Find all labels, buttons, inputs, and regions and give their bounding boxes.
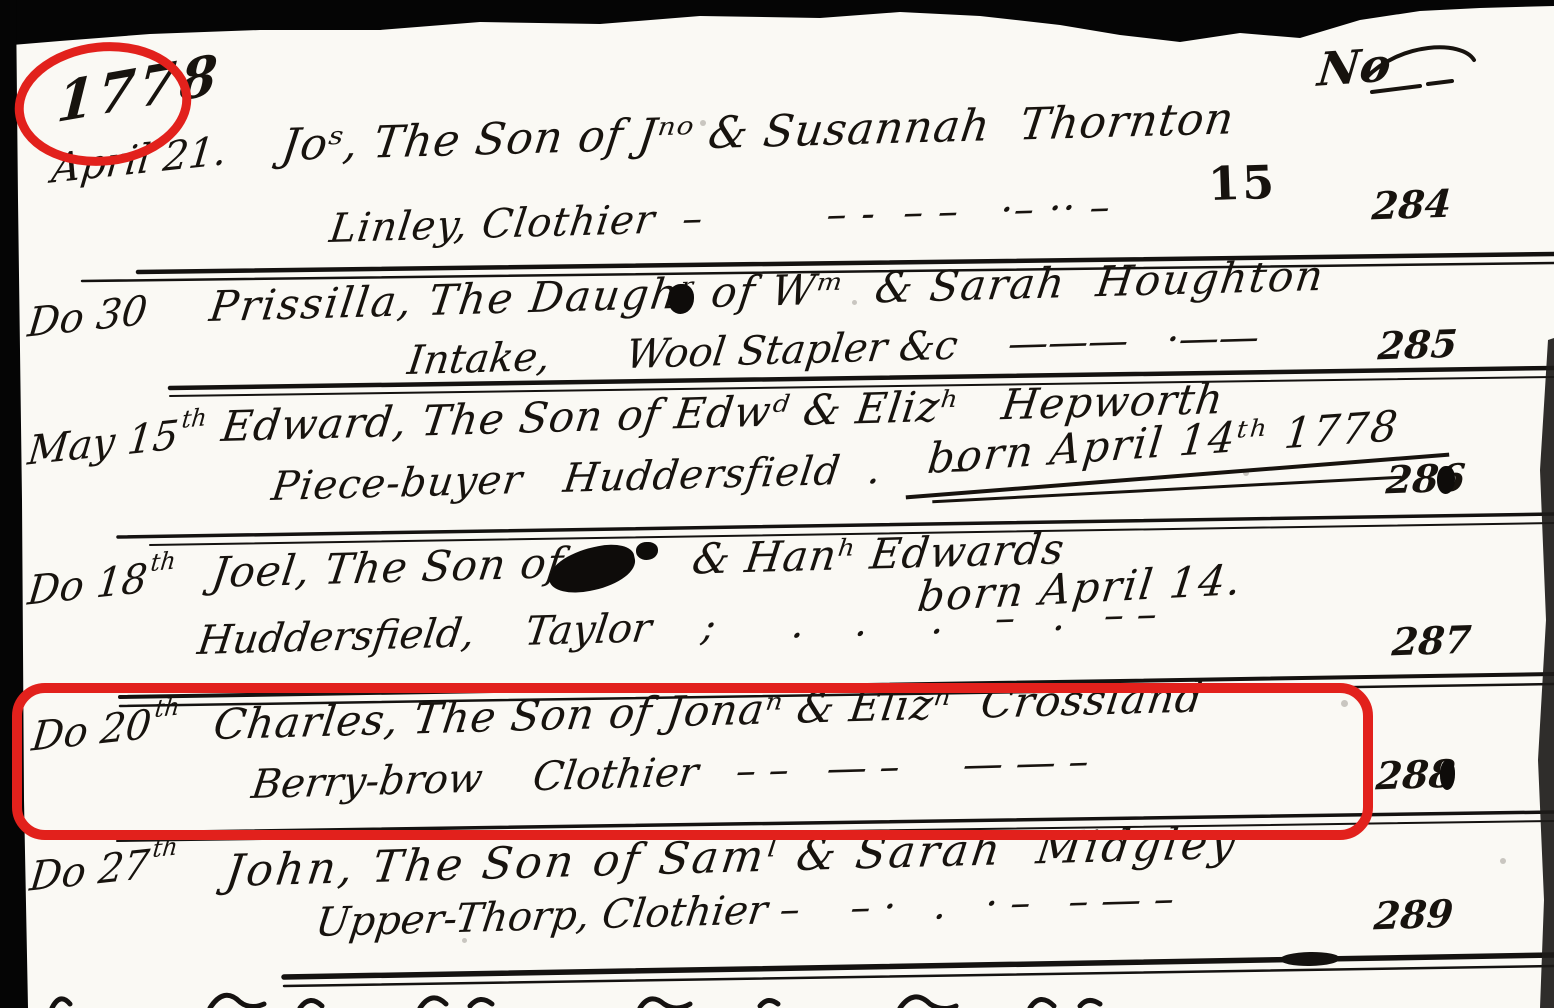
scan-border-top <box>0 0 1554 46</box>
red-box-annotation <box>17 688 1368 835</box>
scanned-register-page: 1778 No 15 April 21. Joˢ, The Son of Jⁿᵒ… <box>0 0 1554 1008</box>
annotation-layer <box>0 0 1554 1008</box>
scan-border-left <box>0 0 28 1008</box>
cutoff-entry-strokes <box>52 995 1100 1008</box>
red-circle-annotation <box>14 39 193 170</box>
scan-border-right <box>1538 338 1554 1008</box>
no-header-flourish <box>1366 47 1474 92</box>
